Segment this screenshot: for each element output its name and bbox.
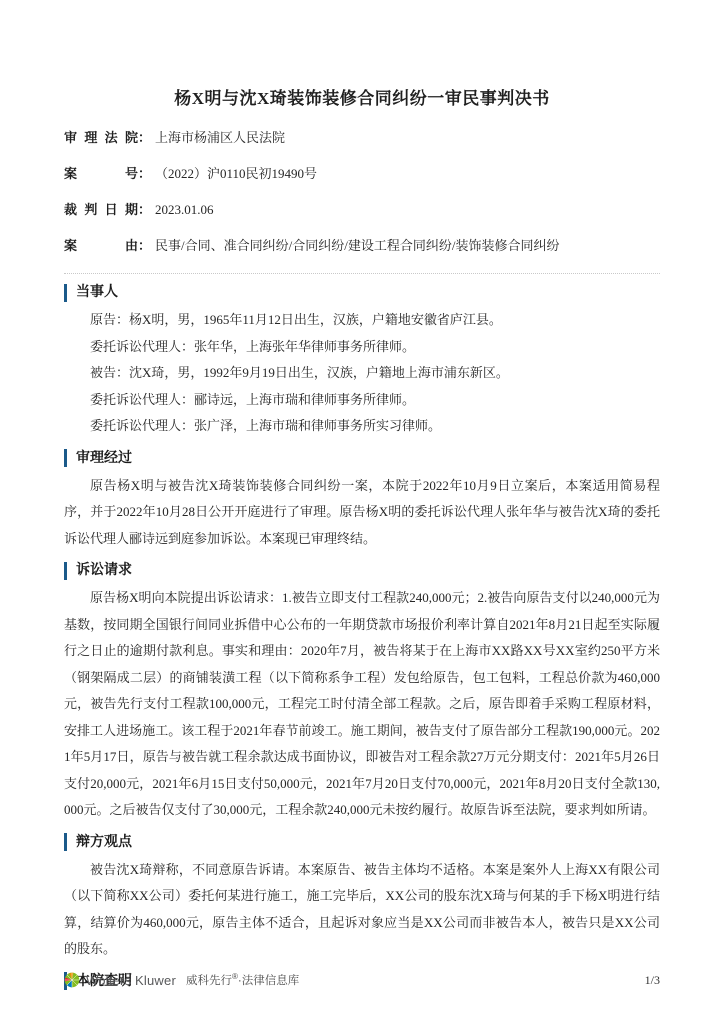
section-heading: 当事人 [64,283,660,302]
meta-value-judgment-date: 2023.01.06 [155,201,214,218]
section-claims: 诉讼请求 原告杨X明向本院提出诉讼请求：1.被告立即支付工程款240,000元；… [64,561,660,824]
accent-bar [64,284,67,302]
meta-value-court: 上海市杨浦区人民法院 [155,129,285,146]
meta-row-cause-of-action: 案由 ： 民事/合同、准合同纠纷/合同纠纷/建设工程合同纠纷/装饰装修合同纠纷 [64,237,660,254]
paragraph: 被告沈X琦辩称，不同意原告诉请。本案原告、被告主体均不适格。本案是案外人上海XX… [64,857,660,963]
section-heading-label: 当事人 [76,283,118,302]
section-trial-process: 审理经过 原告杨X明与被告沈X琦装饰装修合同纠纷一案，本院于2022年10月9日… [64,449,660,553]
paragraph: 委托诉讼代理人：张年华，上海张年华律师事务所律师。 [64,334,660,361]
meta-row-court: 审理法院 ： 上海市杨浦区人民法院 [64,129,660,146]
paragraph: 原告：杨X明，男，1965年11月12日出生，汉族，户籍地安徽省庐江县。 [64,307,660,334]
brand-block: Wolters Kluwer 威科先行®·法律信息库 [64,972,299,988]
section-heading-label: 审理经过 [76,449,132,468]
paragraph: 被告：沈X琦，男，1992年9月19日出生，汉族，户籍地上海市浦东新区。 [64,360,660,387]
meta-colon: ： [138,201,151,218]
meta-label-cause-of-action: 案由 [64,237,138,254]
page-footer: Wolters Kluwer 威科先行®·法律信息库 1/3 [64,972,660,988]
brand-name: Wolters Kluwer [86,973,176,988]
product-name-text: 威科先行 [186,975,232,987]
paragraph: 委托诉讼代理人：张广泽，上海市瑞和律师事务所实习律师。 [64,413,660,440]
section-parties: 当事人 原告：杨X明，男，1965年11月12日出生，汉族，户籍地安徽省庐江县。… [64,283,660,440]
meta-colon: ： [138,165,151,182]
dotted-divider [64,273,660,274]
meta-label-court: 审理法院 [64,129,138,146]
accent-bar [64,449,67,467]
meta-colon: ： [138,237,151,254]
paragraph: 委托诉讼代理人：郦诗远，上海市瑞和律师事务所律师。 [64,387,660,414]
accent-bar [64,833,67,851]
meta-value-cause-of-action: 民事/合同、准合同纠纷/合同纠纷/建设工程合同纠纷/装饰装修合同纠纷 [155,237,559,254]
section-heading: 辩方观点 [64,833,660,852]
section-defense-opinion: 辩方观点 被告沈X琦辩称，不同意原告诉请。本案原告、被告主体均不适格。本案是案外… [64,833,660,963]
section-heading: 诉讼请求 [64,561,660,580]
paragraph: 原告杨X明向本院提出诉讼请求：1.被告立即支付工程款240,000元；2.被告向… [64,585,660,824]
wolters-kluwer-logo-icon [64,972,80,988]
page-number: 1/3 [645,973,660,988]
page-title: 杨X明与沈X琦装饰装修合同纠纷一审民事判决书 [64,84,660,109]
meta-value-case-number: （2022）沪0110民初19490号 [155,165,317,182]
accent-bar [64,562,67,580]
paragraph: 原告杨X明与被告沈X琦装饰装修合同纠纷一案，本院于2022年10月9日立案后，本… [64,473,660,553]
product-suffix: ·法律信息库 [238,975,299,987]
case-meta-table: 审理法院 ： 上海市杨浦区人民法院 案号 ： （2022）沪0110民初1949… [64,129,660,254]
judgment-document-page: 杨X明与沈X琦装饰装修合同纠纷一审民事判决书 审理法院 ： 上海市杨浦区人民法院… [0,0,724,1024]
meta-colon: ： [138,129,151,146]
meta-label-case-number: 案号 [64,165,138,182]
section-heading-label: 辩方观点 [76,833,132,852]
meta-row-case-number: 案号 ： （2022）沪0110民初19490号 [64,165,660,182]
section-heading: 审理经过 [64,449,660,468]
section-heading-label: 诉讼请求 [76,561,132,580]
product-name: 威科先行®·法律信息库 [186,972,299,988]
meta-label-judgment-date: 裁判日期 [64,201,138,218]
meta-row-judgment-date: 裁判日期 ： 2023.01.06 [64,201,660,218]
